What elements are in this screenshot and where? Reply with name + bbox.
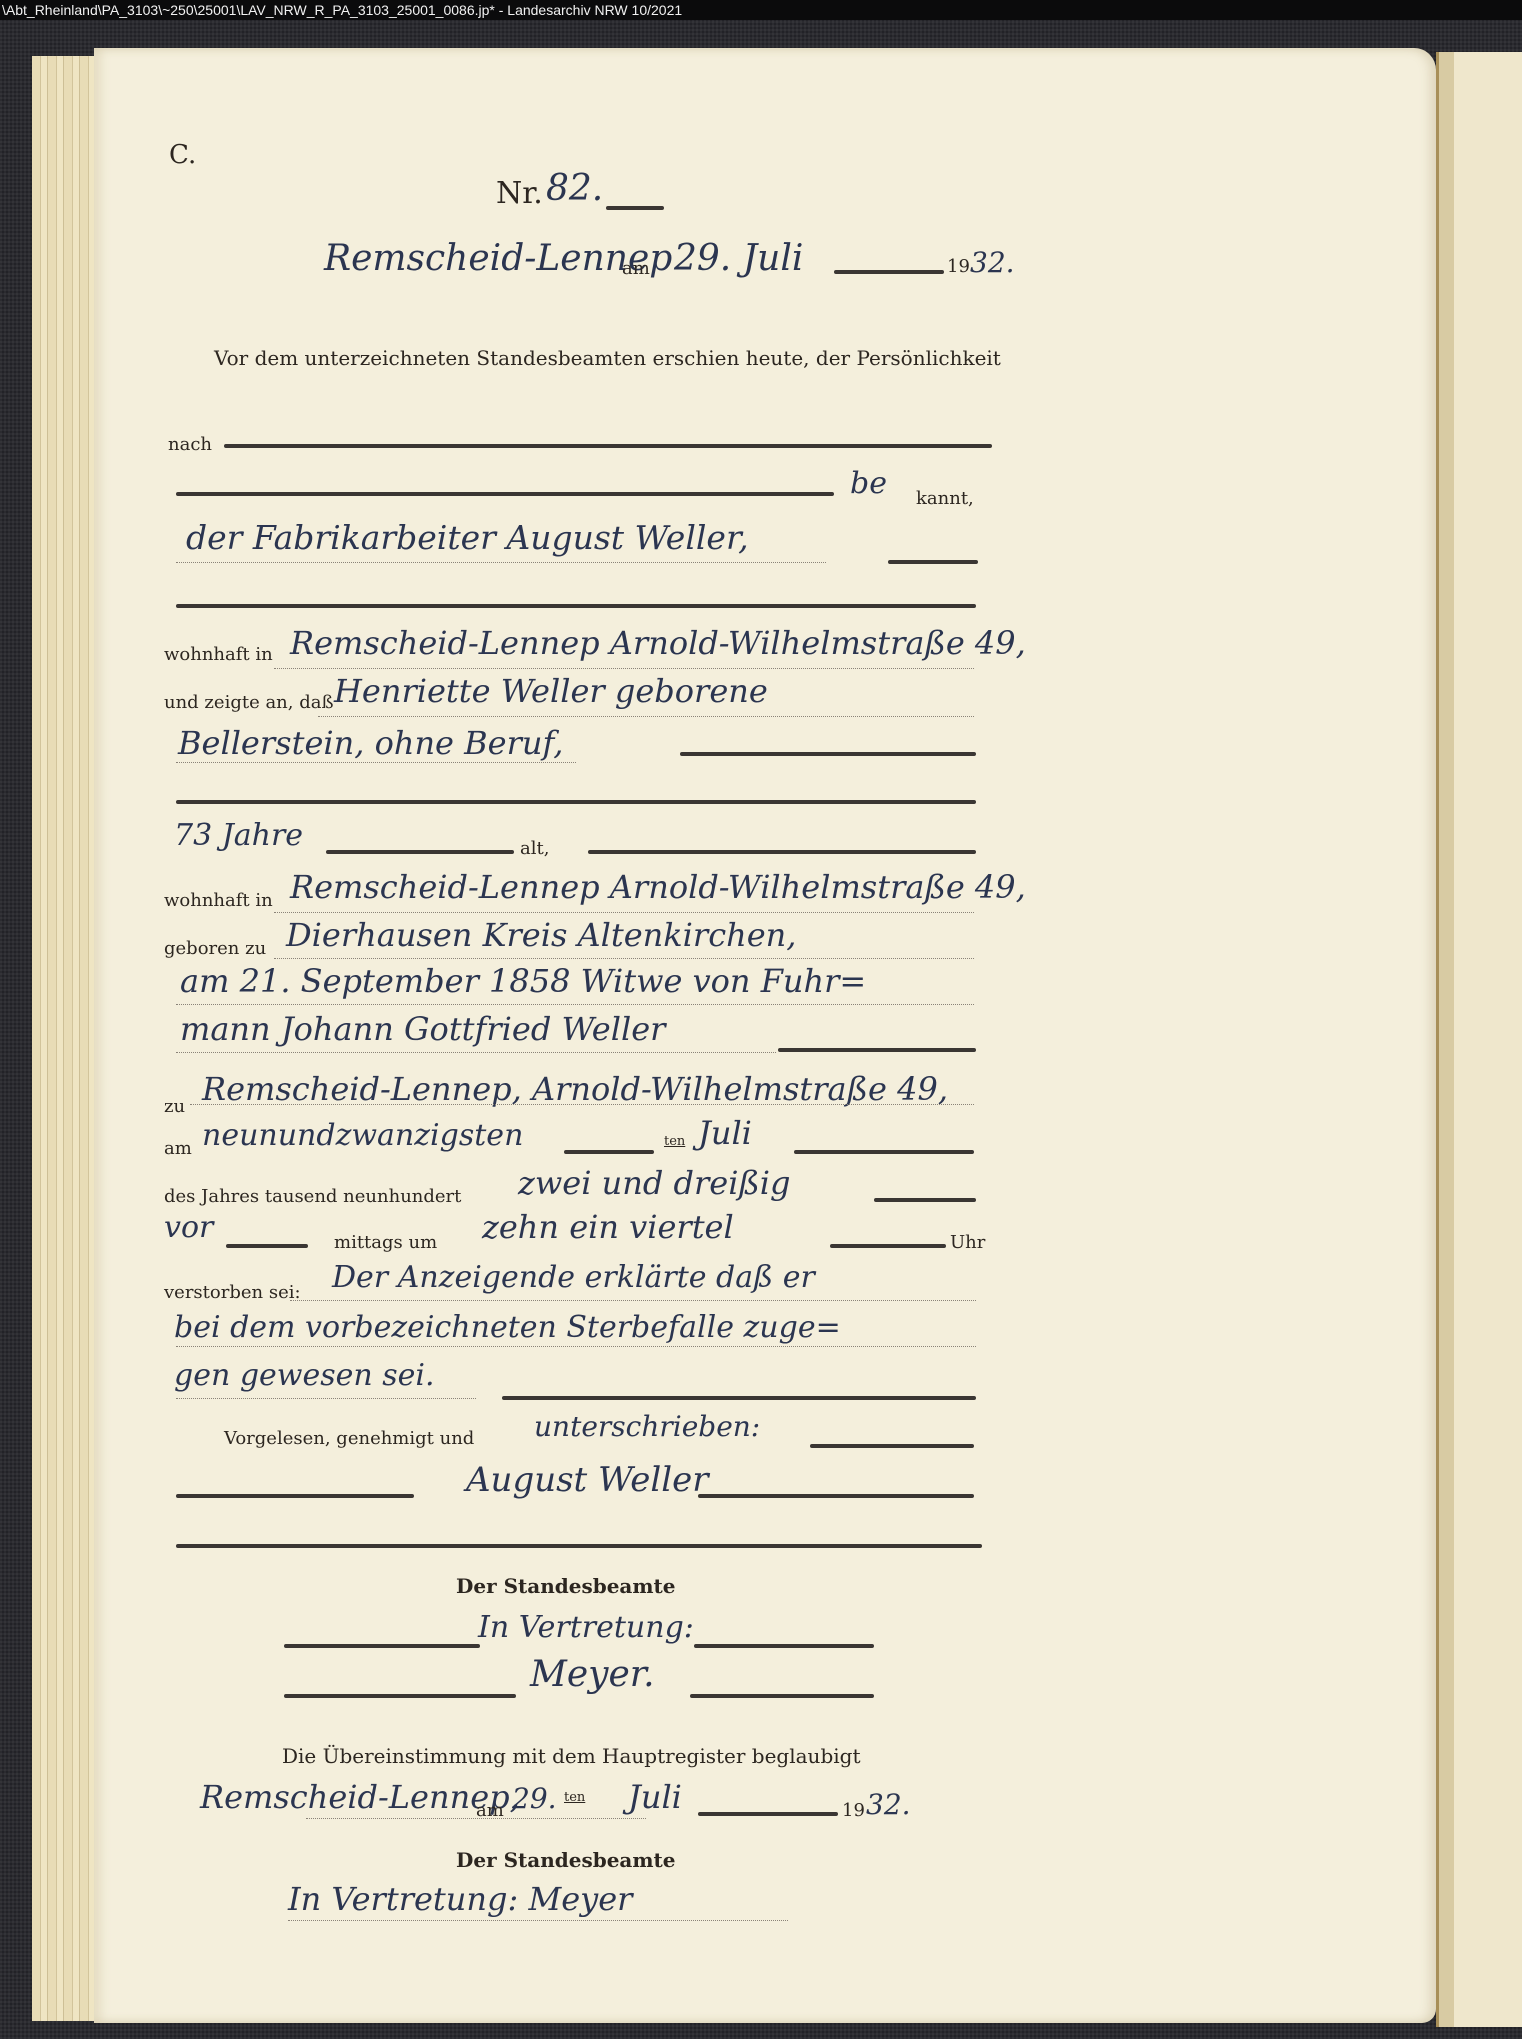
dotted-line [190, 1104, 974, 1105]
number-label: Nr. [496, 176, 543, 211]
rule [224, 444, 992, 448]
death-place: Remscheid-Lennep, Arnold-Wilhelmstraße 4… [202, 1070, 948, 1108]
certification-ten-label: ten [564, 1790, 585, 1805]
rule [564, 1150, 654, 1154]
death-year: zwei und dreißig [518, 1164, 791, 1202]
mittags-label: mittags um [334, 1232, 437, 1253]
register-page: C. Nr. 82. Remscheid-Lennep am 29. Juli … [94, 48, 1436, 2023]
uhr-label: Uhr [950, 1232, 985, 1253]
rule [874, 1198, 976, 1202]
death-day: neunundzwanzigsten [202, 1118, 523, 1153]
intro-text: Vor dem unterzeichneten Standesbeamten e… [214, 346, 1001, 370]
rule [176, 604, 976, 608]
page-edges-stack [32, 56, 94, 2021]
alt-label: alt, [520, 838, 549, 859]
rule [680, 752, 976, 756]
rule [588, 850, 976, 854]
rule [794, 1150, 974, 1154]
rule [834, 270, 944, 274]
informant-signature: August Weller [466, 1460, 708, 1500]
birth-date-widow: am 21. September 1858 Witwe von Fuhr= [180, 962, 866, 1000]
wohnhaft-label: wohnhaft in [164, 644, 273, 665]
dotted-line [176, 1052, 776, 1053]
dotted-line [176, 1398, 476, 1399]
birth-place: Dierhausen Kreis Altenkirchen, [286, 916, 796, 954]
window-title: \Abt_Rheinland\PA_3103\~250\25001\LAV_NR… [2, 2, 682, 18]
statement-line-1: Der Anzeigende erklärte daß er [332, 1260, 815, 1295]
certification-text: Die Übereinstimmung mit dem Hauptregiste… [282, 1744, 860, 1768]
ten-label: ten [664, 1134, 685, 1149]
certification-place: Remscheid-Lennep, [200, 1778, 520, 1816]
age-value: 73 Jahre [174, 818, 303, 853]
dotted-line [274, 958, 974, 959]
rule [694, 1644, 874, 1648]
dotted-line [274, 912, 974, 913]
jahres-label: des Jahres tausend neunhundert [164, 1186, 461, 1207]
dotted-line [288, 1920, 788, 1921]
dotted-line [176, 562, 826, 563]
certification-registrar-heading: Der Standesbeamte [456, 1848, 676, 1872]
deceased-maiden-name: Bellerstein, ohne Beruf, [178, 724, 563, 762]
rule [888, 560, 978, 564]
rule [176, 1494, 414, 1498]
am-label: am [164, 1138, 192, 1159]
year-prefix: 19 [947, 256, 970, 277]
vorgelesen-label: Vorgelesen, genehmigt und [224, 1428, 474, 1449]
place-name: Remscheid-Lennep [324, 238, 672, 279]
rule [606, 206, 664, 210]
corner-mark: C. [169, 140, 196, 170]
deceased-name: Henriette Weller geborene [334, 672, 768, 710]
certification-year-prefix: 19 [842, 1800, 865, 1821]
rule [810, 1444, 974, 1448]
rule [284, 1644, 480, 1648]
dotted-line [290, 1300, 976, 1301]
statement-line-2: bei dem vorbezeichneten Sterbefalle zuge… [174, 1310, 841, 1345]
death-time: zehn ein viertel [482, 1208, 734, 1246]
geboren-label: geboren zu [164, 938, 266, 959]
dotted-line [176, 1346, 976, 1347]
certification-signature: In Vertretung: Meyer [288, 1880, 632, 1918]
bekannt-hand: be [850, 466, 887, 501]
wohnhaft-label: wohnhaft in [164, 890, 273, 911]
registration-date: 29. Juli [674, 238, 803, 279]
rule [698, 1812, 838, 1816]
rule [284, 1694, 516, 1698]
certification-month: Juli [628, 1778, 682, 1816]
entry-number: 82. [546, 168, 603, 209]
statement-line-3: gen gewesen sei. [174, 1358, 435, 1393]
rule [176, 800, 976, 804]
rule [778, 1048, 976, 1052]
dotted-line [306, 1818, 646, 1819]
am-label: am [622, 258, 650, 279]
registrar-in-vertretung: In Vertretung: [478, 1610, 694, 1645]
death-month: Juli [698, 1114, 752, 1152]
late-husband: mann Johann Gottfried Weller [180, 1010, 665, 1048]
window-title-bar: \Abt_Rheinland\PA_3103\~250\25001\LAV_NR… [0, 0, 1522, 20]
certification-year-suffix: 32. [866, 1788, 911, 1821]
rule [830, 1244, 946, 1248]
death-register-form: C. Nr. 82. Remscheid-Lennep am 29. Juli … [94, 48, 1436, 2023]
year-suffix: 32. [970, 246, 1015, 279]
rule [176, 492, 834, 496]
rule [502, 1396, 976, 1400]
rule [690, 1694, 874, 1698]
dotted-line [274, 668, 974, 669]
zu-label: zu [164, 1096, 185, 1117]
informant-residence: Remscheid-Lennep Arnold-Wilhelmstraße 49… [290, 624, 1026, 662]
rule [698, 1494, 974, 1498]
informant-name: der Fabrikarbeiter August Weller, [186, 518, 749, 557]
zeigte-an-label: und zeigte an, daß [164, 692, 334, 713]
rule [176, 1544, 982, 1548]
verstorben-label: verstorben sei: [164, 1282, 301, 1303]
nach-label: nach [168, 434, 212, 455]
bekannt-printed: kannt, [916, 488, 974, 509]
rule [326, 850, 514, 854]
rule [226, 1244, 308, 1248]
certification-day: 29. [512, 1782, 557, 1815]
vor-nach-value: vor [164, 1210, 213, 1245]
dotted-line [176, 1004, 974, 1005]
registrar-signature: Meyer. [530, 1654, 655, 1695]
deceased-residence: Remscheid-Lennep Arnold-Wilhelmstraße 49… [290, 868, 1026, 906]
dotted-line [318, 716, 974, 717]
registrar-heading: Der Standesbeamte [456, 1574, 676, 1598]
dotted-line [176, 762, 576, 763]
facing-page-edge [1436, 52, 1522, 2027]
unterschrieben-value: unterschrieben: [534, 1410, 760, 1443]
